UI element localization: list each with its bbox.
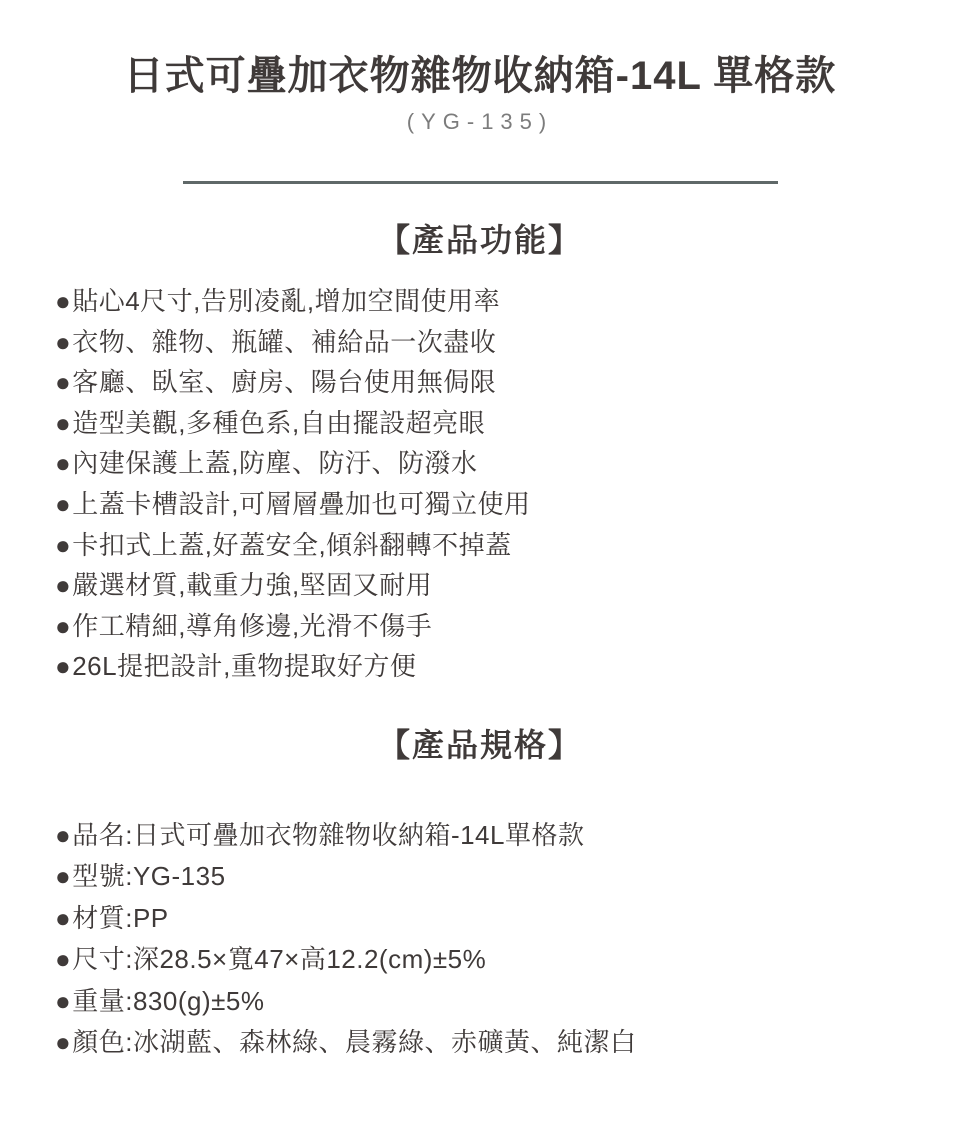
bullet-icon: ● [55, 861, 71, 891]
bullet-icon: ● [55, 986, 71, 1016]
list-item: ●貼心4尺寸,告別凌亂,增加空間使用率 [55, 281, 940, 322]
list-item: ●品名:日式可疊加衣物雜物收納箱-14L單格款 [55, 815, 940, 856]
list-item: ●顏色:冰湖藍、森林綠、晨霧綠、赤礦黃、純潔白 [55, 1022, 940, 1063]
sections-container: 【產品功能】●貼心4尺寸,告別凌亂,增加空間使用率●衣物、雜物、瓶罐、補給品一次… [0, 220, 960, 1063]
list-item-text: 上蓋卡槽設計,可層層疊加也可獨立使用 [72, 489, 530, 519]
bullet-icon: ● [55, 1027, 71, 1057]
page-title: 日式可疊加衣物雜物收納箱-14L 單格款 [0, 0, 960, 100]
divider-line [183, 181, 778, 184]
model-number-subtitle: (YG-135) [0, 108, 960, 136]
bullet-icon: ● [55, 611, 71, 641]
bullet-icon: ● [55, 286, 71, 316]
list-item-text: 衣物、雜物、瓶罐、補給品一次盡收 [72, 327, 496, 357]
list-item-text: 內建保護上蓋,防塵、防汙、防潑水 [72, 448, 477, 478]
list-item: ●型號:YG-135 [55, 856, 940, 897]
bullet-icon: ● [55, 408, 71, 438]
list-item-text: 造型美觀,多種色系,自由擺設超亮眼 [72, 408, 485, 438]
list-item: ●造型美觀,多種色系,自由擺設超亮眼 [55, 403, 940, 444]
list-item-text: 重量:830(g)±5% [72, 986, 264, 1016]
bullet-icon: ● [55, 903, 71, 933]
list-item-text: 客廳、臥室、廚房、陽台使用無侷限 [72, 367, 496, 397]
list-item-text: 嚴選材質,載重力強,堅固又耐用 [72, 570, 432, 600]
list-item: ●客廳、臥室、廚房、陽台使用無侷限 [55, 362, 940, 403]
bullet-icon: ● [55, 367, 71, 397]
list-item: ●材質:PP [55, 898, 940, 939]
list-item: ●嚴選材質,載重力強,堅固又耐用 [55, 565, 940, 606]
list-item-text: 貼心4尺寸,告別凌亂,增加空間使用率 [72, 286, 500, 316]
list-item: ●上蓋卡槽設計,可層層疊加也可獨立使用 [55, 484, 940, 525]
list-item: ●衣物、雜物、瓶罐、補給品一次盡收 [55, 322, 940, 363]
list-item: ●26L提把設計,重物提取好方便 [55, 646, 940, 687]
bullet-icon: ● [55, 530, 71, 560]
bullet-icon: ● [55, 651, 71, 681]
product-specs-list: ●品名:日式可疊加衣物雜物收納箱-14L單格款●型號:YG-135●材質:PP●… [0, 815, 960, 1063]
list-item-text: 品名:日式可疊加衣物雜物收納箱-14L單格款 [72, 820, 584, 850]
list-item-text: 顏色:冰湖藍、森林綠、晨霧綠、赤礦黃、純潔白 [72, 1027, 636, 1057]
list-item: ●重量:830(g)±5% [55, 981, 940, 1022]
list-item: ●尺寸:深28.5×寬47×高12.2(cm)±5% [55, 939, 940, 980]
list-item: ●內建保護上蓋,防塵、防汙、防潑水 [55, 443, 940, 484]
bullet-icon: ● [55, 489, 71, 519]
bullet-icon: ● [55, 944, 71, 974]
list-item-text: 作工精細,導角修邊,光滑不傷手 [72, 611, 432, 641]
product-specs-heading: 【產品規格】 [0, 725, 960, 765]
bullet-icon: ● [55, 448, 71, 478]
list-item-text: 26L提把設計,重物提取好方便 [72, 651, 416, 681]
list-item-text: 卡扣式上蓋,好蓋安全,傾斜翻轉不掉蓋 [72, 530, 511, 560]
list-item-text: 材質:PP [72, 903, 168, 933]
bullet-icon: ● [55, 570, 71, 600]
list-item: ●卡扣式上蓋,好蓋安全,傾斜翻轉不掉蓋 [55, 525, 940, 566]
list-item-text: 尺寸:深28.5×寬47×高12.2(cm)±5% [72, 944, 486, 974]
bullet-icon: ● [55, 327, 71, 357]
list-item: ●作工精細,導角修邊,光滑不傷手 [55, 606, 940, 647]
product-features-list: ●貼心4尺寸,告別凌亂,增加空間使用率●衣物、雜物、瓶罐、補給品一次盡收●客廳、… [0, 281, 960, 687]
bullet-icon: ● [55, 820, 71, 850]
product-features-heading: 【產品功能】 [0, 220, 960, 260]
list-item-text: 型號:YG-135 [72, 861, 225, 891]
product-description-page: 日式可疊加衣物雜物收納箱-14L 單格款 (YG-135) 【產品功能】●貼心4… [0, 0, 960, 1144]
